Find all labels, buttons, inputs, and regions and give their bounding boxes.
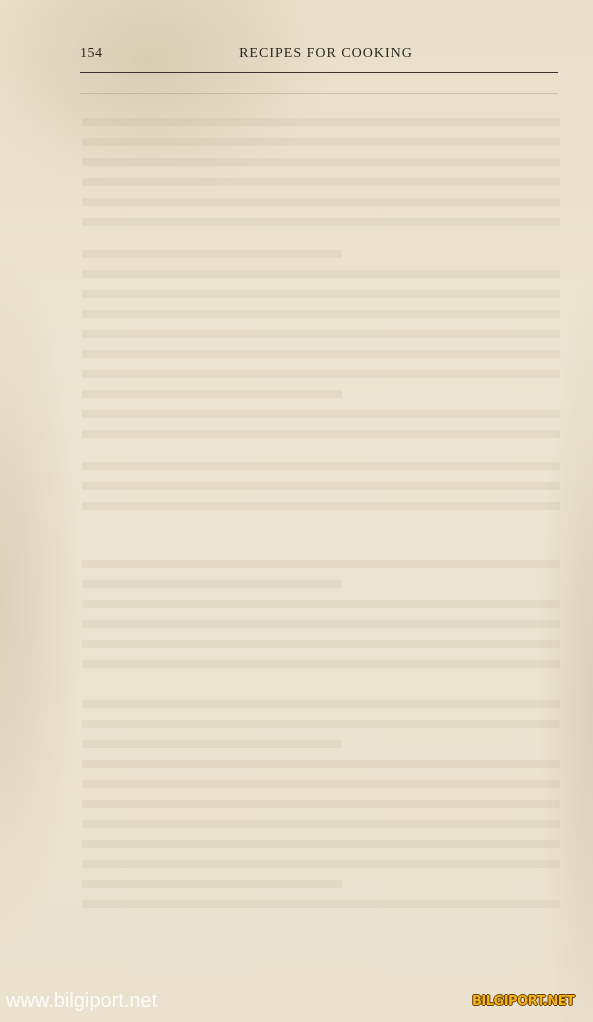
- bleed-line: [82, 198, 560, 206]
- bleed-line: [82, 310, 560, 318]
- bleed-line: [82, 900, 560, 908]
- bleed-line: [82, 158, 560, 166]
- bleed-line: [82, 118, 560, 126]
- bleed-line: [82, 700, 560, 708]
- running-head: RECIPES FOR COOKING: [0, 46, 593, 62]
- bleed-line: [82, 840, 560, 848]
- bleed-line: [82, 462, 560, 470]
- book-page: 154 RECIPES FOR COOKING www.bilgiport.ne…: [0, 0, 593, 1022]
- watermark-url: www.bilgiport.net: [6, 990, 157, 1013]
- bleed-line: [82, 218, 560, 226]
- bleed-line: [82, 760, 560, 768]
- bleed-line: [82, 620, 560, 628]
- bleed-line: [82, 860, 560, 868]
- bleed-line: [82, 290, 560, 298]
- bleed-line: [82, 390, 342, 398]
- bleed-line: [82, 880, 342, 888]
- bleed-line: [82, 250, 342, 258]
- bleed-line: [82, 560, 560, 568]
- header-rule: [80, 72, 558, 73]
- bleed-line: [82, 138, 560, 146]
- bleed-line: [82, 350, 560, 358]
- bleed-line: [82, 660, 560, 668]
- bleed-line: [82, 410, 560, 418]
- bleed-line: [82, 580, 342, 588]
- bleed-line: [82, 430, 560, 438]
- bleed-line: [82, 270, 560, 278]
- bleed-line: [82, 330, 560, 338]
- bleed-line: [82, 370, 560, 378]
- bleed-line: [82, 482, 560, 490]
- bleed-rule: [80, 93, 558, 94]
- bleed-line: [82, 780, 560, 788]
- bleed-line: [82, 178, 560, 186]
- watermark-logo: BILGIPORT.NET: [472, 994, 575, 1009]
- bleed-line: [82, 640, 560, 648]
- bleed-line: [82, 800, 560, 808]
- bleed-line: [82, 740, 342, 748]
- bleed-line: [82, 502, 560, 510]
- bleed-line: [82, 820, 560, 828]
- bleed-line: [82, 600, 560, 608]
- bleed-line: [82, 720, 560, 728]
